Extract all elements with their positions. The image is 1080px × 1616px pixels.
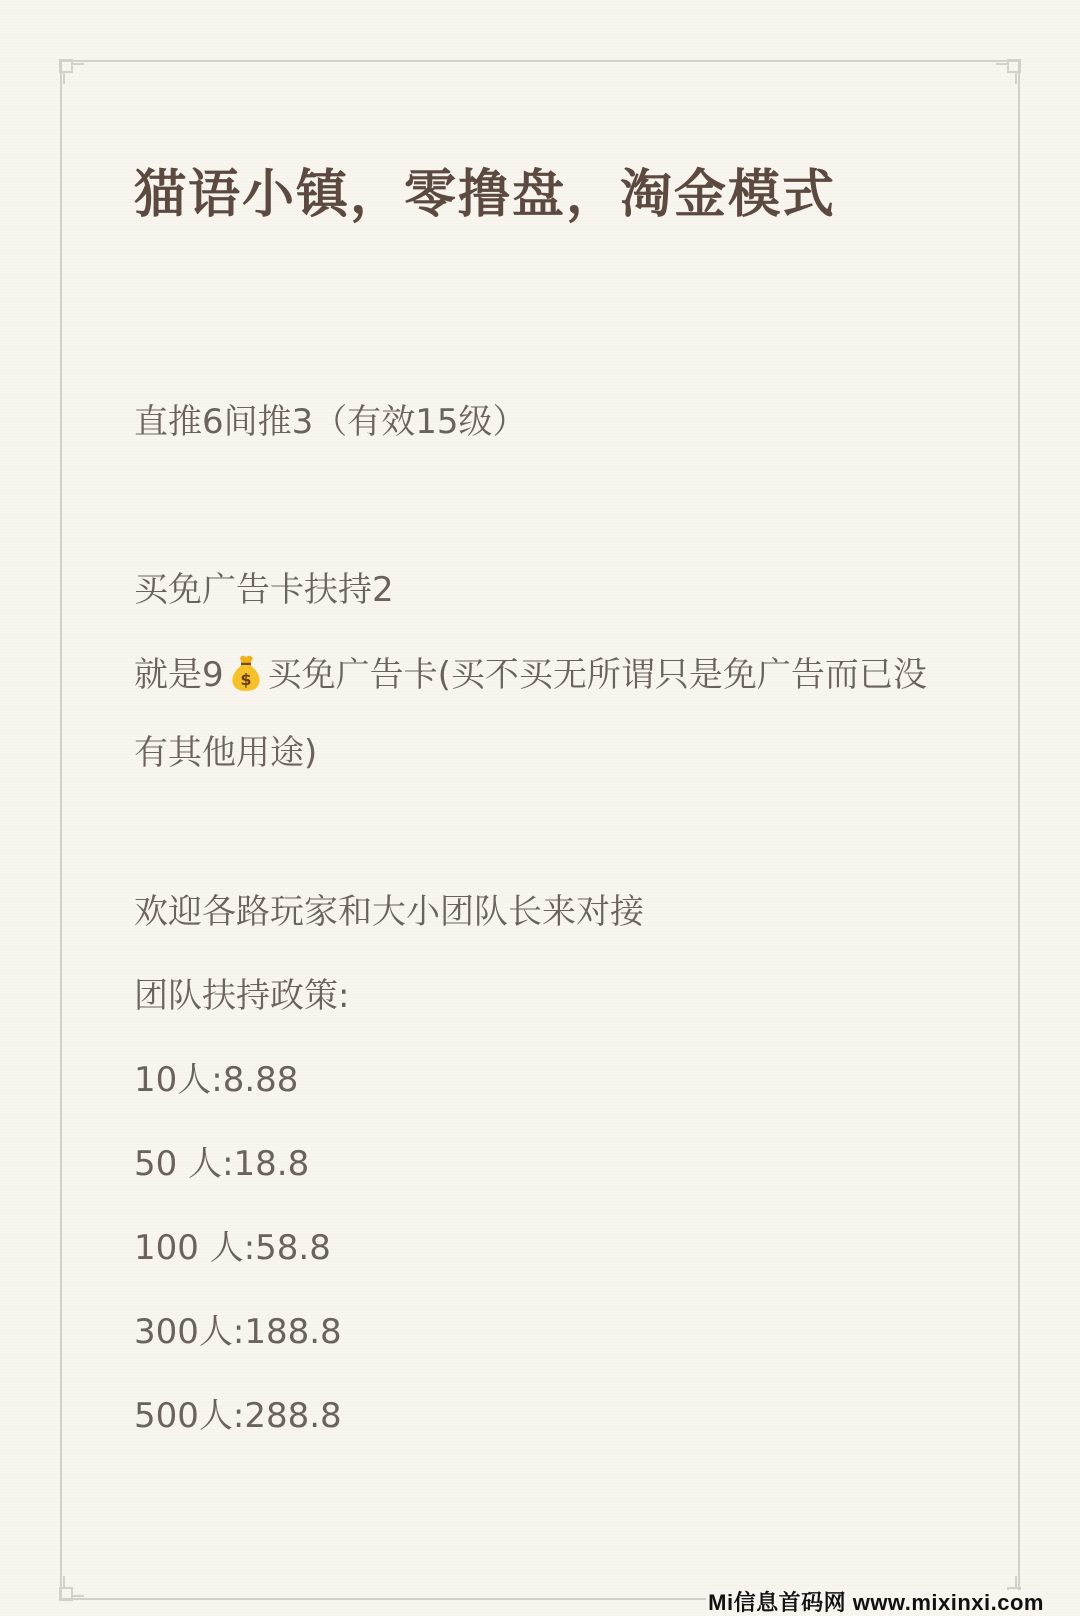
money-bag-icon: $ [228, 642, 264, 680]
team-policy-heading: 团队扶持政策: [134, 972, 349, 1020]
svg-text:$: $ [240, 670, 251, 689]
team-policy-item: 50 人:18.8 [134, 1140, 309, 1188]
team-policy-item: 300人:188.8 [134, 1308, 342, 1356]
ad-card-price-prefix: 就是9 [134, 655, 224, 695]
frame-corner-ornament-icon [58, 58, 84, 84]
welcome-message: 欢迎各路玩家和大小团队长来对接 [134, 888, 644, 936]
team-policy-item: 500人:288.8 [134, 1392, 342, 1440]
team-policy-item: 10人:8.88 [134, 1056, 298, 1104]
ad-card-support: 买免广告卡扶持2 [134, 566, 394, 614]
frame-corner-ornament-icon [996, 58, 1022, 84]
referral-rule: 直推6间推3（有效15级） [134, 398, 527, 446]
frame-corner-ornament-icon [58, 1576, 84, 1602]
team-policy-item: 100 人:58.8 [134, 1224, 331, 1272]
site-watermark: Mi信息首码网 www.mixinxi.com [706, 1590, 1046, 1616]
page-title: 猫语小镇，零撸盘，淘金模式 [134, 160, 836, 230]
ad-card-description: 就是9 $ 买免广告卡(买不买无所谓只是免广告而已没有其他用途) [134, 636, 934, 792]
decorative-frame [60, 60, 1020, 1600]
